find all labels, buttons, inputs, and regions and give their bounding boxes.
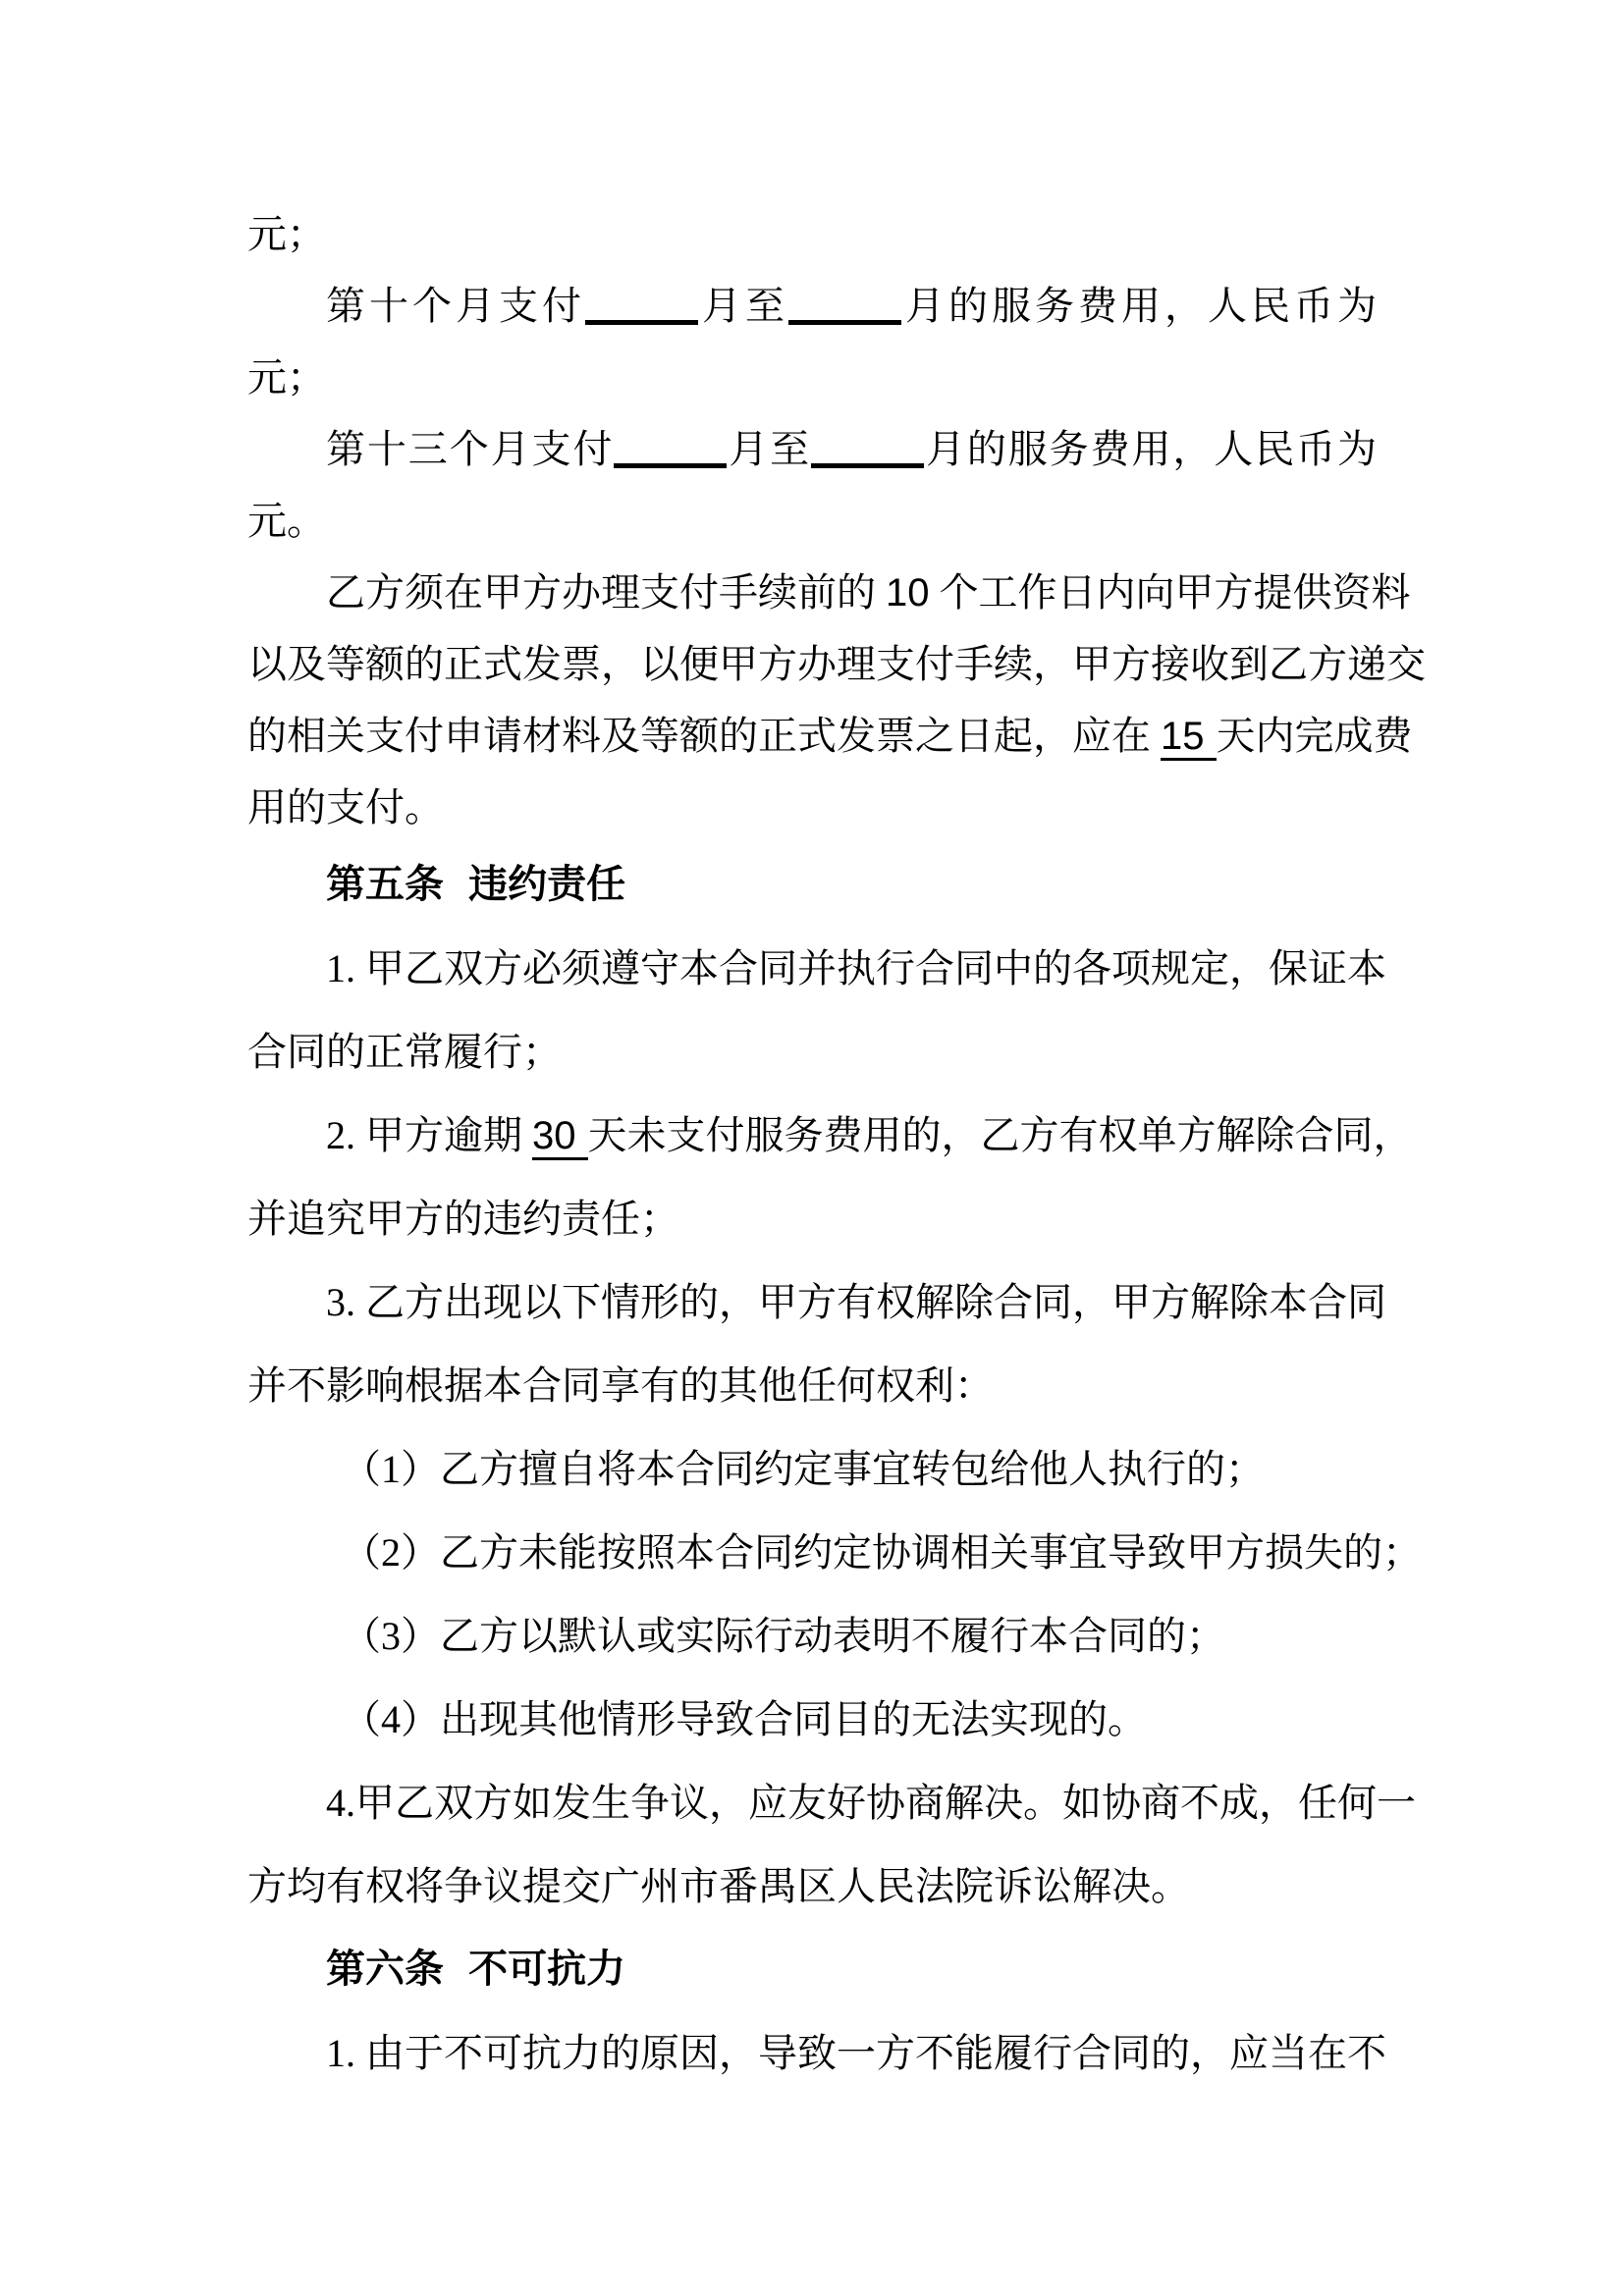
document-line: 以及等额的正式发票，以便甲方办理支付手续，甲方接收到乙方递交 (247, 628, 1377, 700)
blank-underline-field (788, 293, 901, 325)
text-run: 元； (247, 355, 326, 400)
document-line: 乙方须在甲方办理支付手续前的 10 个工作日内向甲方提供资料 (247, 557, 1377, 628)
text-run: 方均有权将争议提交广州市番禺区人民法院诉讼解决。 (247, 1864, 1190, 1908)
blank-underline-field (811, 436, 924, 468)
text-run: 天内完成费 (1217, 714, 1413, 758)
document-line: （3）乙方以默认或实际行动表明不履行本合同的； (247, 1594, 1377, 1678)
document-line: 1. 甲乙双方必须遵守本合同并执行合同中的各项规定，保证本 (247, 927, 1377, 1010)
text-run: 第五条 违约责任 (326, 863, 625, 906)
number-value: 15 (1161, 715, 1217, 761)
contract-page: 元；第十个月支付月至月的服务费用，人民币为元；第十三个月支付月至月的服务费用，人… (0, 0, 1624, 2296)
text-run: 1. 甲乙双方必须遵守本合同并执行合同中的各项规定，保证本 (326, 946, 1386, 990)
text-run: 元； (247, 212, 326, 256)
text-run: 月的服务费用，人民币为 (924, 427, 1377, 471)
blank-underline-field (585, 293, 698, 325)
text-run: 第十个月支付 (326, 284, 585, 328)
document-line: 合同的正常履行； (247, 1010, 1377, 1094)
text-run: （3）乙方以默认或实际行动表明不履行本合同的； (342, 1614, 1225, 1658)
document-line: 元。 (247, 485, 1377, 557)
document-line: （2）乙方未能按照本合同约定协调相关事宜导致甲方损失的； (247, 1511, 1377, 1594)
document-line: 2. 甲方逾期 30天未支付服务费用的，乙方有权单方解除合同， (247, 1094, 1377, 1177)
text-run: 第六条 不可抗力 (326, 1948, 625, 1991)
text-run: （4）出现其他情形导致合同目的无法实现的。 (342, 1697, 1147, 1741)
document-line: 方均有权将争议提交广州市番禺区人民法院诉讼解决。 (247, 1844, 1377, 1928)
document-line: 并追究甲方的违约责任； (247, 1177, 1377, 1260)
number-value: 10 (886, 571, 930, 614)
text-run: 个工作日内向甲方提供资料 (930, 570, 1411, 614)
document-line: 第十个月支付月至月的服务费用，人民币为 (247, 270, 1377, 342)
document-line: （4）出现其他情形导致合同目的无法实现的。 (247, 1678, 1377, 1761)
text-run: 2. 甲方逾期 (326, 1113, 532, 1157)
text-run: 1. 由于不可抗力的原因，导致一方不能履行合同的，应当在不 (326, 2031, 1386, 2075)
text-run: 第十三个月支付 (326, 427, 614, 471)
text-run: 月的服务费用，人民币为 (901, 284, 1377, 328)
text-run: 4.甲乙双方如发生争议，应友好协商解决。如协商不成，任何一 (326, 1781, 1416, 1825)
text-run: 并追究甲方的违约责任； (247, 1197, 679, 1241)
text-run: （1）乙方擅自将本合同约定事宜转包给他人执行的； (342, 1447, 1265, 1491)
document-line: 的相关支付申请材料及等额的正式发票之日起，应在 15天内完成费 (247, 700, 1377, 772)
document-line: 元； (247, 342, 1377, 413)
clause-heading: 第五条 违约责任 (247, 843, 1377, 927)
document-line: 并不影响根据本合同享有的其他任何权利： (247, 1344, 1377, 1427)
document-line: 第十三个月支付月至月的服务费用，人民币为 (247, 413, 1377, 485)
text-run: 元。 (247, 499, 326, 543)
text-run: 3. 乙方出现以下情形的，甲方有权解除合同，甲方解除本合同 (326, 1280, 1386, 1324)
document-line: 用的支付。 (247, 772, 1377, 843)
text-run: 合同的正常履行； (247, 1030, 562, 1074)
text-run: 以及等额的正式发票，以便甲方办理支付手续，甲方接收到乙方递交 (247, 642, 1426, 686)
text-run: 乙方须在甲方办理支付手续前的 (326, 570, 886, 614)
document-line: 4.甲乙双方如发生争议，应友好协商解决。如协商不成，任何一 (247, 1761, 1377, 1844)
document-line: 3. 乙方出现以下情形的，甲方有权解除合同，甲方解除本合同 (247, 1260, 1377, 1344)
text-run: 月至 (698, 284, 788, 328)
blank-underline-field (614, 436, 727, 468)
text-run: （2）乙方未能按照本合同约定协调相关事宜导致甲方损失的； (342, 1530, 1422, 1575)
text-run: 月至 (727, 427, 811, 471)
document-line: （1）乙方擅自将本合同约定事宜转包给他人执行的； (247, 1427, 1377, 1511)
document-line: 1. 由于不可抗力的原因，导致一方不能履行合同的，应当在不 (247, 2011, 1377, 2095)
number-value: 30 (532, 1114, 588, 1160)
text-run: 用的支付。 (247, 785, 444, 829)
text-run: 并不影响根据本合同享有的其他任何权利： (247, 1363, 994, 1408)
text-run: 的相关支付申请材料及等额的正式发票之日起，应在 (247, 714, 1161, 758)
text-run: 天未支付服务费用的，乙方有权单方解除合同， (588, 1113, 1413, 1157)
document-body: 元；第十个月支付月至月的服务费用，人民币为元；第十三个月支付月至月的服务费用，人… (247, 198, 1377, 2095)
clause-heading: 第六条 不可抗力 (247, 1928, 1377, 2011)
document-line: 元； (247, 198, 1377, 270)
